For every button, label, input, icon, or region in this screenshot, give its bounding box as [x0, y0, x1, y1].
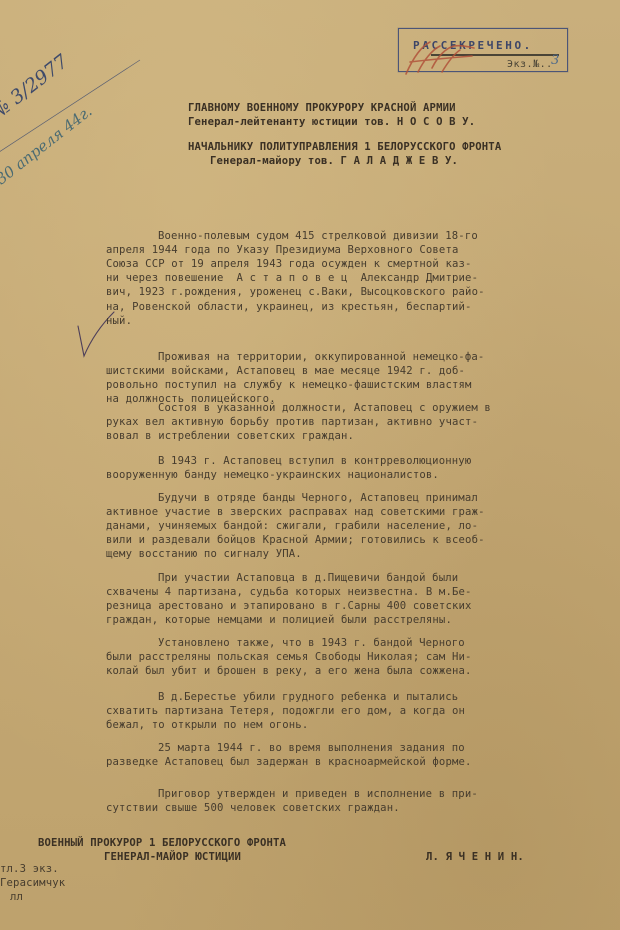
body-p3-line: вовал в истреблении советских граждан.	[106, 429, 354, 443]
red-pencil-mark	[402, 36, 482, 78]
body-p9-line: разведке Астаповец был задержан в красно…	[106, 755, 472, 769]
body-p2-line: Проживая на территории, оккупированной н…	[158, 350, 484, 364]
stamp-copy-label: Экз.№..	[507, 59, 553, 70]
body-p8-line: бежал, то открыли по нем огонь.	[106, 718, 308, 732]
body-p4-line: вооруженную банду немецко-украинских нац…	[106, 468, 439, 482]
body-p1-line: на, Ровенской области, украинец, из крес…	[106, 300, 472, 314]
body-p5-line: данами, учиняемых бандой: сжигали, граби…	[106, 519, 478, 533]
body-p7-line: были расстреляны польская семья Свободы …	[106, 650, 472, 664]
body-p10-line: Приговор утвержден и приведен в исполнен…	[158, 787, 478, 801]
body-p8-line: схватить партизана Тетеря, подожгли его …	[106, 704, 465, 718]
signature-title-line1: ВОЕННЫЙ ПРОКУРОР 1 БЕЛОРУССКОГО ФРОНТА	[38, 836, 286, 850]
body-p8-line: В д.Берестье убили грудного ребенка и пы…	[158, 690, 458, 704]
body-p5-line: вили и раздевали бойцов Красной Армии; г…	[106, 533, 485, 547]
stamp-copy-number: 3	[551, 53, 559, 68]
footer-copies-note: тл.3 экз.	[0, 862, 59, 876]
body-p6-line: При участии Астаповца в д.Пищевичи бандо…	[158, 571, 458, 585]
body-p5-line: активное участие в зверских расправах на…	[106, 505, 485, 519]
body-p4-line: В 1943 г. Астаповец вступил в контрревол…	[158, 454, 471, 468]
body-p7-line: колай был убит и брошен в реку, а его же…	[106, 664, 472, 678]
body-p1-line: апреля 1944 года по Указу Президиума Вер…	[106, 243, 459, 257]
body-p3-line: Состоя в указанной должности, Астаповец …	[158, 401, 491, 415]
body-p5-line: щему восстанию по сигналу УПА.	[106, 547, 302, 561]
body-p1-line: Военно-полевым судом 415 стрелковой диви…	[158, 229, 478, 243]
body-p10-line: сутствии свыше 500 человек советских гра…	[106, 801, 400, 815]
body-p3-line: руках вел активную борьбу против партиза…	[106, 415, 478, 429]
body-p2-line: шистскими войсками, Астаповец в мае меся…	[106, 364, 465, 378]
addressee-2-name: Генерал-майору тов. Г А Л А Д Ж Е В У.	[210, 154, 458, 168]
body-p6-line: схвачены 4 партизана, судьба которых неи…	[106, 585, 472, 599]
body-p9-line: 25 марта 1944 г. во время выполнения зад…	[158, 741, 465, 755]
addressee-2-title: НАЧАЛЬНИКУ ПОЛИТУПРАВЛЕНИЯ 1 БЕЛОРУССКОГ…	[188, 140, 501, 154]
body-p7-line: Установлено также, что в 1943 г. бандой …	[158, 636, 465, 650]
body-p1-line: Союза ССР от 19 апреля 1943 года осужден…	[106, 257, 472, 271]
body-p1-line: вич, 1923 г.рождения, уроженец с.Ваки, В…	[106, 285, 485, 299]
body-p6-line: резница арестовано и этапировано в г.Сар…	[106, 599, 472, 613]
body-p2-line: ровольно поступил на службу к немецко-фа…	[106, 378, 472, 392]
body-p1-line: ни через повешение А с т а п о в е ц Але…	[106, 271, 478, 285]
footer-initials: лл	[10, 890, 23, 904]
addressee-1-name: Генерал-лейтенанту юстиции тов. Н О С О …	[188, 115, 475, 129]
signatory-name: Л. Я Ч Е Н И Н.	[426, 850, 524, 864]
body-p1-line: ный.	[106, 314, 132, 328]
body-p5-line: Будучи в отряде банды Черного, Астаповец…	[158, 491, 478, 505]
footer-typist-name: Герасимчук	[0, 876, 65, 890]
signature-title-line2: ГЕНЕРАЛ-МАЙОР ЮСТИЦИИ	[104, 850, 241, 864]
body-p6-line: граждан, которые немцами и полицией были…	[106, 613, 452, 627]
addressee-1-title: ГЛАВНОМУ ВОЕННОМУ ПРОКУРОРУ КРАСНОЙ АРМИ…	[188, 101, 456, 115]
